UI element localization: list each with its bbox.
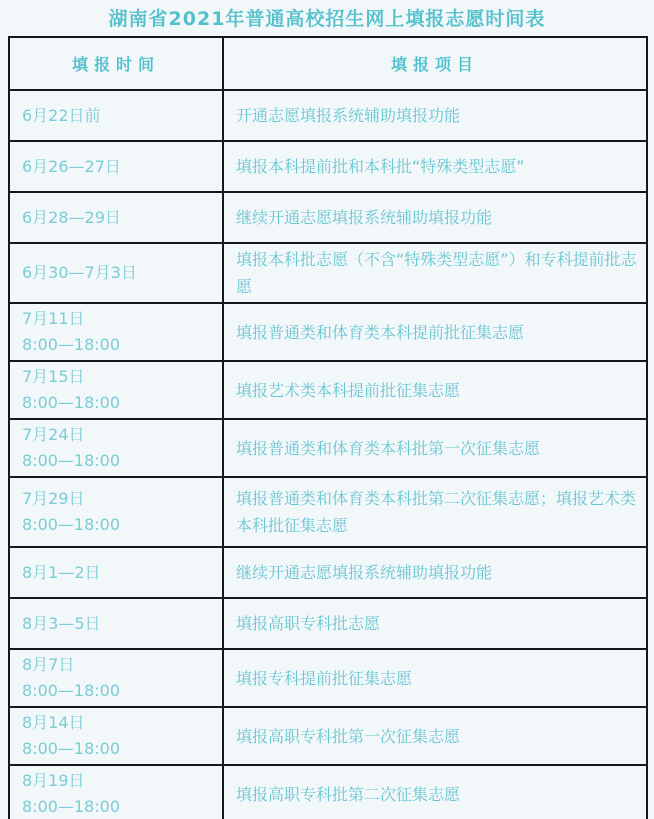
page: 湖南省2021年普通高校招生网上填报志愿时间表 填报时间 填报项目 6月22日前… bbox=[0, 0, 654, 819]
table-row: 8月19日8:00—18:00填报高职专科批第二次征集志愿 bbox=[9, 765, 647, 819]
item-cell: 继续开通志愿填报系统辅助填报功能 bbox=[223, 192, 647, 243]
time-line: 8月1—2日 bbox=[22, 560, 214, 586]
time-cell: 6月22日前 bbox=[9, 90, 223, 141]
item-cell: 填报本科提前批和本科批“特殊类型志愿” bbox=[223, 141, 647, 192]
time-cell: 8月7日8:00—18:00 bbox=[9, 649, 223, 707]
time-cell: 7月29日8:00—18:00 bbox=[9, 477, 223, 547]
time-line: 8:00—18:00 bbox=[22, 332, 214, 358]
table-row: 7月15日8:00—18:00填报艺术类本科提前批征集志愿 bbox=[9, 361, 647, 419]
item-cell: 继续开通志愿填报系统辅助填报功能 bbox=[223, 547, 647, 598]
header-cell-time: 填报时间 bbox=[9, 37, 223, 90]
table-row: 6月28—29日继续开通志愿填报系统辅助填报功能 bbox=[9, 192, 647, 243]
time-line: 8:00—18:00 bbox=[22, 794, 214, 819]
time-cell: 6月28—29日 bbox=[9, 192, 223, 243]
page-title: 湖南省2021年普通高校招生网上填报志愿时间表 bbox=[0, 0, 654, 36]
item-cell: 填报普通类和体育类本科提前批征集志愿 bbox=[223, 303, 647, 361]
time-line: 8月7日 bbox=[22, 652, 214, 678]
table-row: 6月22日前开通志愿填报系统辅助填报功能 bbox=[9, 90, 647, 141]
table-body: 6月22日前开通志愿填报系统辅助填报功能6月26—27日填报本科提前批和本科批“… bbox=[9, 90, 647, 819]
time-line: 7月11日 bbox=[22, 306, 214, 332]
item-cell: 填报高职专科批第二次征集志愿 bbox=[223, 765, 647, 819]
time-line: 8:00—18:00 bbox=[22, 736, 214, 762]
item-cell: 填报高职专科批志愿 bbox=[223, 598, 647, 649]
time-line: 8月3—5日 bbox=[22, 611, 214, 637]
time-line: 8:00—18:00 bbox=[22, 390, 214, 416]
time-line: 7月15日 bbox=[22, 364, 214, 390]
time-cell: 8月3—5日 bbox=[9, 598, 223, 649]
item-cell: 填报专科提前批征集志愿 bbox=[223, 649, 647, 707]
item-cell: 填报高职专科批第一次征集志愿 bbox=[223, 707, 647, 765]
table-row: 6月26—27日填报本科提前批和本科批“特殊类型志愿” bbox=[9, 141, 647, 192]
table-row: 8月7日8:00—18:00填报专科提前批征集志愿 bbox=[9, 649, 647, 707]
time-line: 7月29日 bbox=[22, 486, 214, 512]
table-row: 8月14日8:00—18:00填报高职专科批第一次征集志愿 bbox=[9, 707, 647, 765]
item-cell: 填报普通类和体育类本科批第一次征集志愿 bbox=[223, 419, 647, 477]
table-row: 6月30—7月3日填报本科批志愿（不含“特殊类型志愿”）和专科提前批志愿 bbox=[9, 243, 647, 303]
time-line: 8:00—18:00 bbox=[22, 512, 214, 538]
table-row: 8月1—2日继续开通志愿填报系统辅助填报功能 bbox=[9, 547, 647, 598]
time-line: 8:00—18:00 bbox=[22, 448, 214, 474]
time-line: 8月14日 bbox=[22, 710, 214, 736]
time-cell: 8月1—2日 bbox=[9, 547, 223, 598]
table-row: 8月3—5日填报高职专科批志愿 bbox=[9, 598, 647, 649]
header-cell-item: 填报项目 bbox=[223, 37, 647, 90]
time-cell: 6月26—27日 bbox=[9, 141, 223, 192]
time-cell: 7月11日8:00—18:00 bbox=[9, 303, 223, 361]
time-line: 6月30—7月3日 bbox=[22, 260, 214, 286]
table-row: 7月11日8:00—18:00填报普通类和体育类本科提前批征集志愿 bbox=[9, 303, 647, 361]
time-line: 8月19日 bbox=[22, 768, 214, 794]
item-cell: 填报普通类和体育类本科批第二次征集志愿；填报艺术类本科批征集志愿 bbox=[223, 477, 647, 547]
table-row: 7月29日8:00—18:00填报普通类和体育类本科批第二次征集志愿；填报艺术类… bbox=[9, 477, 647, 547]
time-line: 6月26—27日 bbox=[22, 154, 214, 180]
time-line: 7月24日 bbox=[22, 422, 214, 448]
time-line: 8:00—18:00 bbox=[22, 678, 214, 704]
time-line: 6月22日前 bbox=[22, 103, 214, 129]
time-cell: 7月15日8:00—18:00 bbox=[9, 361, 223, 419]
schedule-table: 填报时间 填报项目 6月22日前开通志愿填报系统辅助填报功能6月26—27日填报… bbox=[8, 36, 648, 819]
time-line: 6月28—29日 bbox=[22, 205, 214, 231]
item-cell: 填报本科批志愿（不含“特殊类型志愿”）和专科提前批志愿 bbox=[223, 243, 647, 303]
item-cell: 开通志愿填报系统辅助填报功能 bbox=[223, 90, 647, 141]
time-cell: 8月14日8:00—18:00 bbox=[9, 707, 223, 765]
header-row: 填报时间 填报项目 bbox=[9, 37, 647, 90]
time-cell: 7月24日8:00—18:00 bbox=[9, 419, 223, 477]
time-cell: 8月19日8:00—18:00 bbox=[9, 765, 223, 819]
table-row: 7月24日8:00—18:00填报普通类和体育类本科批第一次征集志愿 bbox=[9, 419, 647, 477]
time-cell: 6月30—7月3日 bbox=[9, 243, 223, 303]
item-cell: 填报艺术类本科提前批征集志愿 bbox=[223, 361, 647, 419]
